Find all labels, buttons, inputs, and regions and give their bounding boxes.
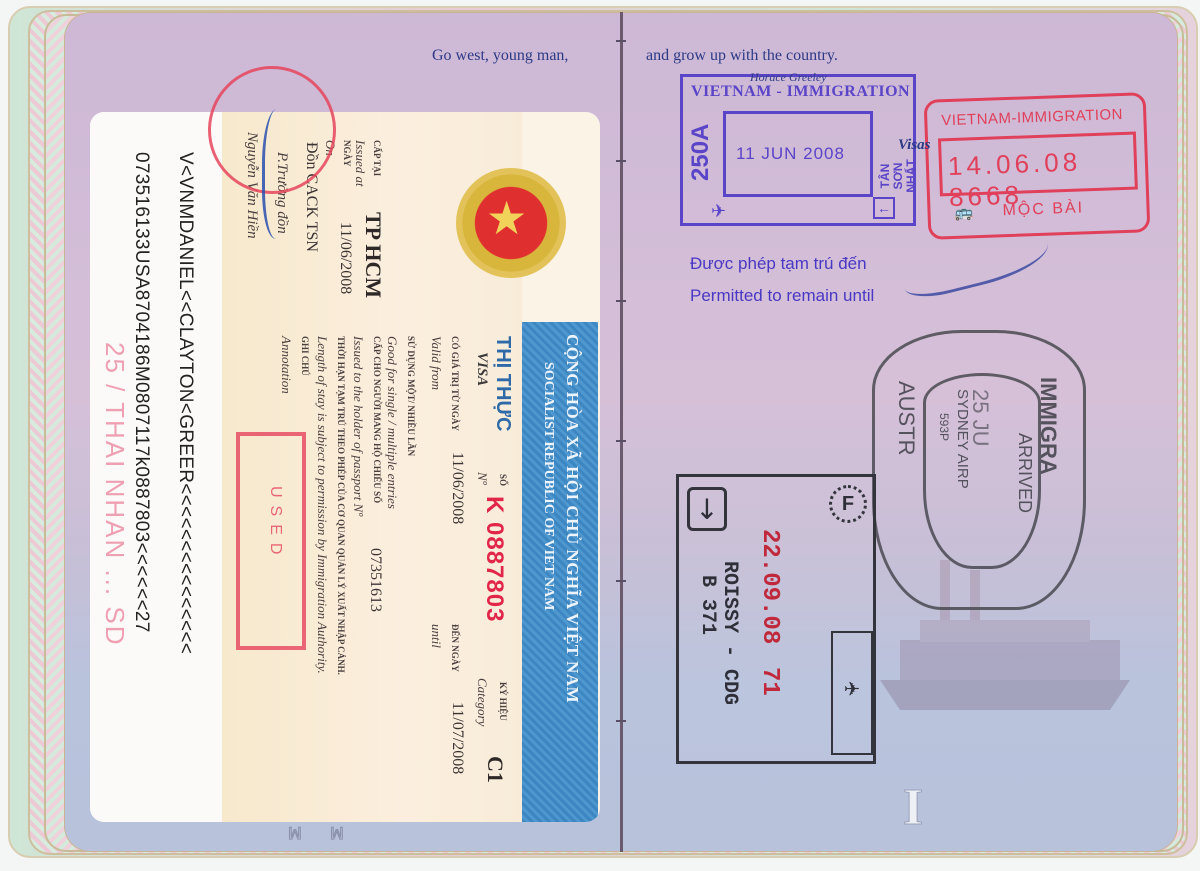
- annotation-label-vi: GHI CHÚ: [300, 336, 310, 376]
- vietnam-visa-sticker: ★ CỘNG HÒA XÃ HỘI CHỦ NGHĨA VIỆT NAM SOC…: [90, 112, 600, 822]
- arrow-down-icon: ↓: [687, 487, 727, 531]
- stitch: [616, 720, 626, 722]
- faded-stamp-text: 25 / THAI NHAN ... SD: [99, 342, 130, 646]
- issued-on: 11/06/2008: [336, 222, 354, 294]
- exit-stamp-port: MỘC BÀI: [1002, 199, 1084, 220]
- australia-stamp-country: AUSTR: [893, 381, 919, 456]
- stay-label-en: Length of stay is subject to permission …: [314, 336, 330, 674]
- stitch: [616, 160, 626, 162]
- issued-at-label-vi: CẤP TẠI: [372, 140, 382, 176]
- entries-label-vi: SỬ DỤNG MỘT/ NHIỀU LẦN: [406, 336, 416, 456]
- valid-from-label-vi: CÓ GIÁ TRỊ TỪ NGÀY: [450, 336, 460, 431]
- vietnam-entry-stamp: VIETNAM - IMMIGRATION 11 JUN 2008 250A T…: [680, 74, 916, 226]
- country-name-en: SOCIALIST REPUBLIC OF VIET NAM: [540, 362, 556, 610]
- vietnam-exit-stamp: VIETNAM-IMMIGRATION 14.06.08 8668 🚌 MỘC …: [924, 92, 1151, 240]
- france-stamp-booth: B 371: [696, 575, 719, 635]
- officer-signature: [262, 104, 298, 242]
- australia-stamp-code: 593P: [937, 413, 951, 441]
- permit-line-vi: Được phép tạm trú đến: [690, 254, 867, 274]
- visa-title-vi: THỊ THỰC: [491, 336, 514, 431]
- australia-stamp-port: SYDNEY AIRP: [954, 389, 971, 489]
- eu-country-mark: F: [829, 485, 867, 523]
- exit-stamp-date-box: 14.06.08 8668: [938, 132, 1138, 197]
- australia-arrival-stamp: IMMIGRA AUSTR ARRIVED 25 JU SYDNEY AIRP …: [872, 330, 1086, 610]
- arrow-left-icon: ←: [873, 197, 895, 219]
- entry-stamp-code: 250A: [687, 124, 715, 181]
- quote-attribution: Horace Greeley: [750, 70, 827, 85]
- entry-stamp-date-box: 11 JUN 2008: [723, 111, 873, 197]
- france-stamp-port: ROISSY - CDG: [718, 561, 741, 705]
- category-label-en: Category: [474, 678, 490, 726]
- stitch: [616, 40, 626, 42]
- national-emblem-icon: ★: [456, 168, 566, 278]
- airplane-icon: ✈: [711, 201, 726, 222]
- mrz-line-1: V<VNMDANIEL<<CLAYTON<GREER<<<<<<<<<<<<<<…: [174, 152, 196, 654]
- page-ornament: ꟽ: [288, 824, 302, 844]
- airplane-icon: ✈: [831, 631, 873, 755]
- visa-country-band: [522, 322, 598, 822]
- page-ornament: ꟽ: [330, 824, 344, 844]
- motto-right: and grow up with the country.: [646, 47, 838, 65]
- bus-icon: 🚌: [954, 203, 973, 222]
- exit-stamp-header: VIETNAM-IMMIGRATION: [941, 106, 1123, 129]
- annotation-label-en: Annotation: [278, 336, 294, 394]
- motto-left: Go west, young man,: [432, 47, 568, 65]
- australia-stamp-top: IMMIGRA: [1035, 377, 1061, 475]
- entries-label-en: Good for single / multiple entries: [384, 336, 400, 509]
- until-label-en: until: [428, 624, 444, 648]
- entry-stamp-header: VIETNAM - IMMIGRATION: [691, 83, 910, 101]
- valid-until: 11/07/2008: [448, 702, 466, 774]
- stitch: [616, 300, 626, 302]
- mrz-line-2: 073516133USA8704186M0807117k0887803<<<<<…: [130, 152, 152, 633]
- passport-label-vi: CẤP CHO NGƯỜI MANG HỘ CHIẾU SỐ: [372, 336, 382, 503]
- visa-category: C1: [482, 756, 508, 783]
- used-stamp: USED: [236, 432, 306, 650]
- stitch: [616, 580, 626, 582]
- france-stamp-code: 71: [756, 667, 783, 696]
- entry-stamp-date: 11 JUN 2008: [736, 144, 845, 164]
- category-label-vi: KÝ HIỆU: [498, 682, 508, 721]
- entry-stamp-port: TÂN SƠN NHẤT: [879, 159, 919, 193]
- country-name-vi: CỘNG HÒA XÃ HỘI CHỦ NGHĨA VIỆT NAM: [562, 334, 582, 703]
- issued-at-label-en: Issued at: [352, 140, 368, 187]
- issued-at: TP HCM: [360, 212, 386, 298]
- until-label-vi: ĐẾN NGÀY: [450, 624, 460, 672]
- passport-label-en: Issued to the holder of passport Nº: [350, 336, 366, 516]
- australia-stamp-status: ARRIVED: [1014, 433, 1035, 513]
- visa-title-en: VISA: [473, 352, 490, 386]
- visas-section-label: Visas: [898, 137, 931, 154]
- stay-label-vi: THỜI HẠN TẠM TRÚ THEO PHÉP CỦA CƠ QUAN Q…: [336, 336, 346, 675]
- number-label-en: Nº: [474, 472, 490, 485]
- france-stamp-date: 22.09.08: [756, 529, 783, 644]
- number-label-vi: SỐ: [498, 474, 508, 486]
- issued-on-label-vi: NGÀY: [342, 140, 352, 167]
- passport-number: 07351613: [366, 548, 384, 612]
- used-stamp-text: USED: [266, 486, 284, 562]
- france-entry-stamp: ↓ F 22.09.08 71 ROISSY - CDG B 371 ✈: [676, 474, 876, 764]
- book-spine: [620, 12, 623, 852]
- valid-from: 11/06/2008: [448, 452, 466, 524]
- valid-from-label-en: Valid from: [428, 336, 444, 390]
- visa-number: K 0887803: [480, 496, 508, 622]
- permit-line-en: Permitted to remain until: [690, 286, 874, 306]
- page-number: I: [903, 778, 923, 837]
- stitch: [616, 440, 626, 442]
